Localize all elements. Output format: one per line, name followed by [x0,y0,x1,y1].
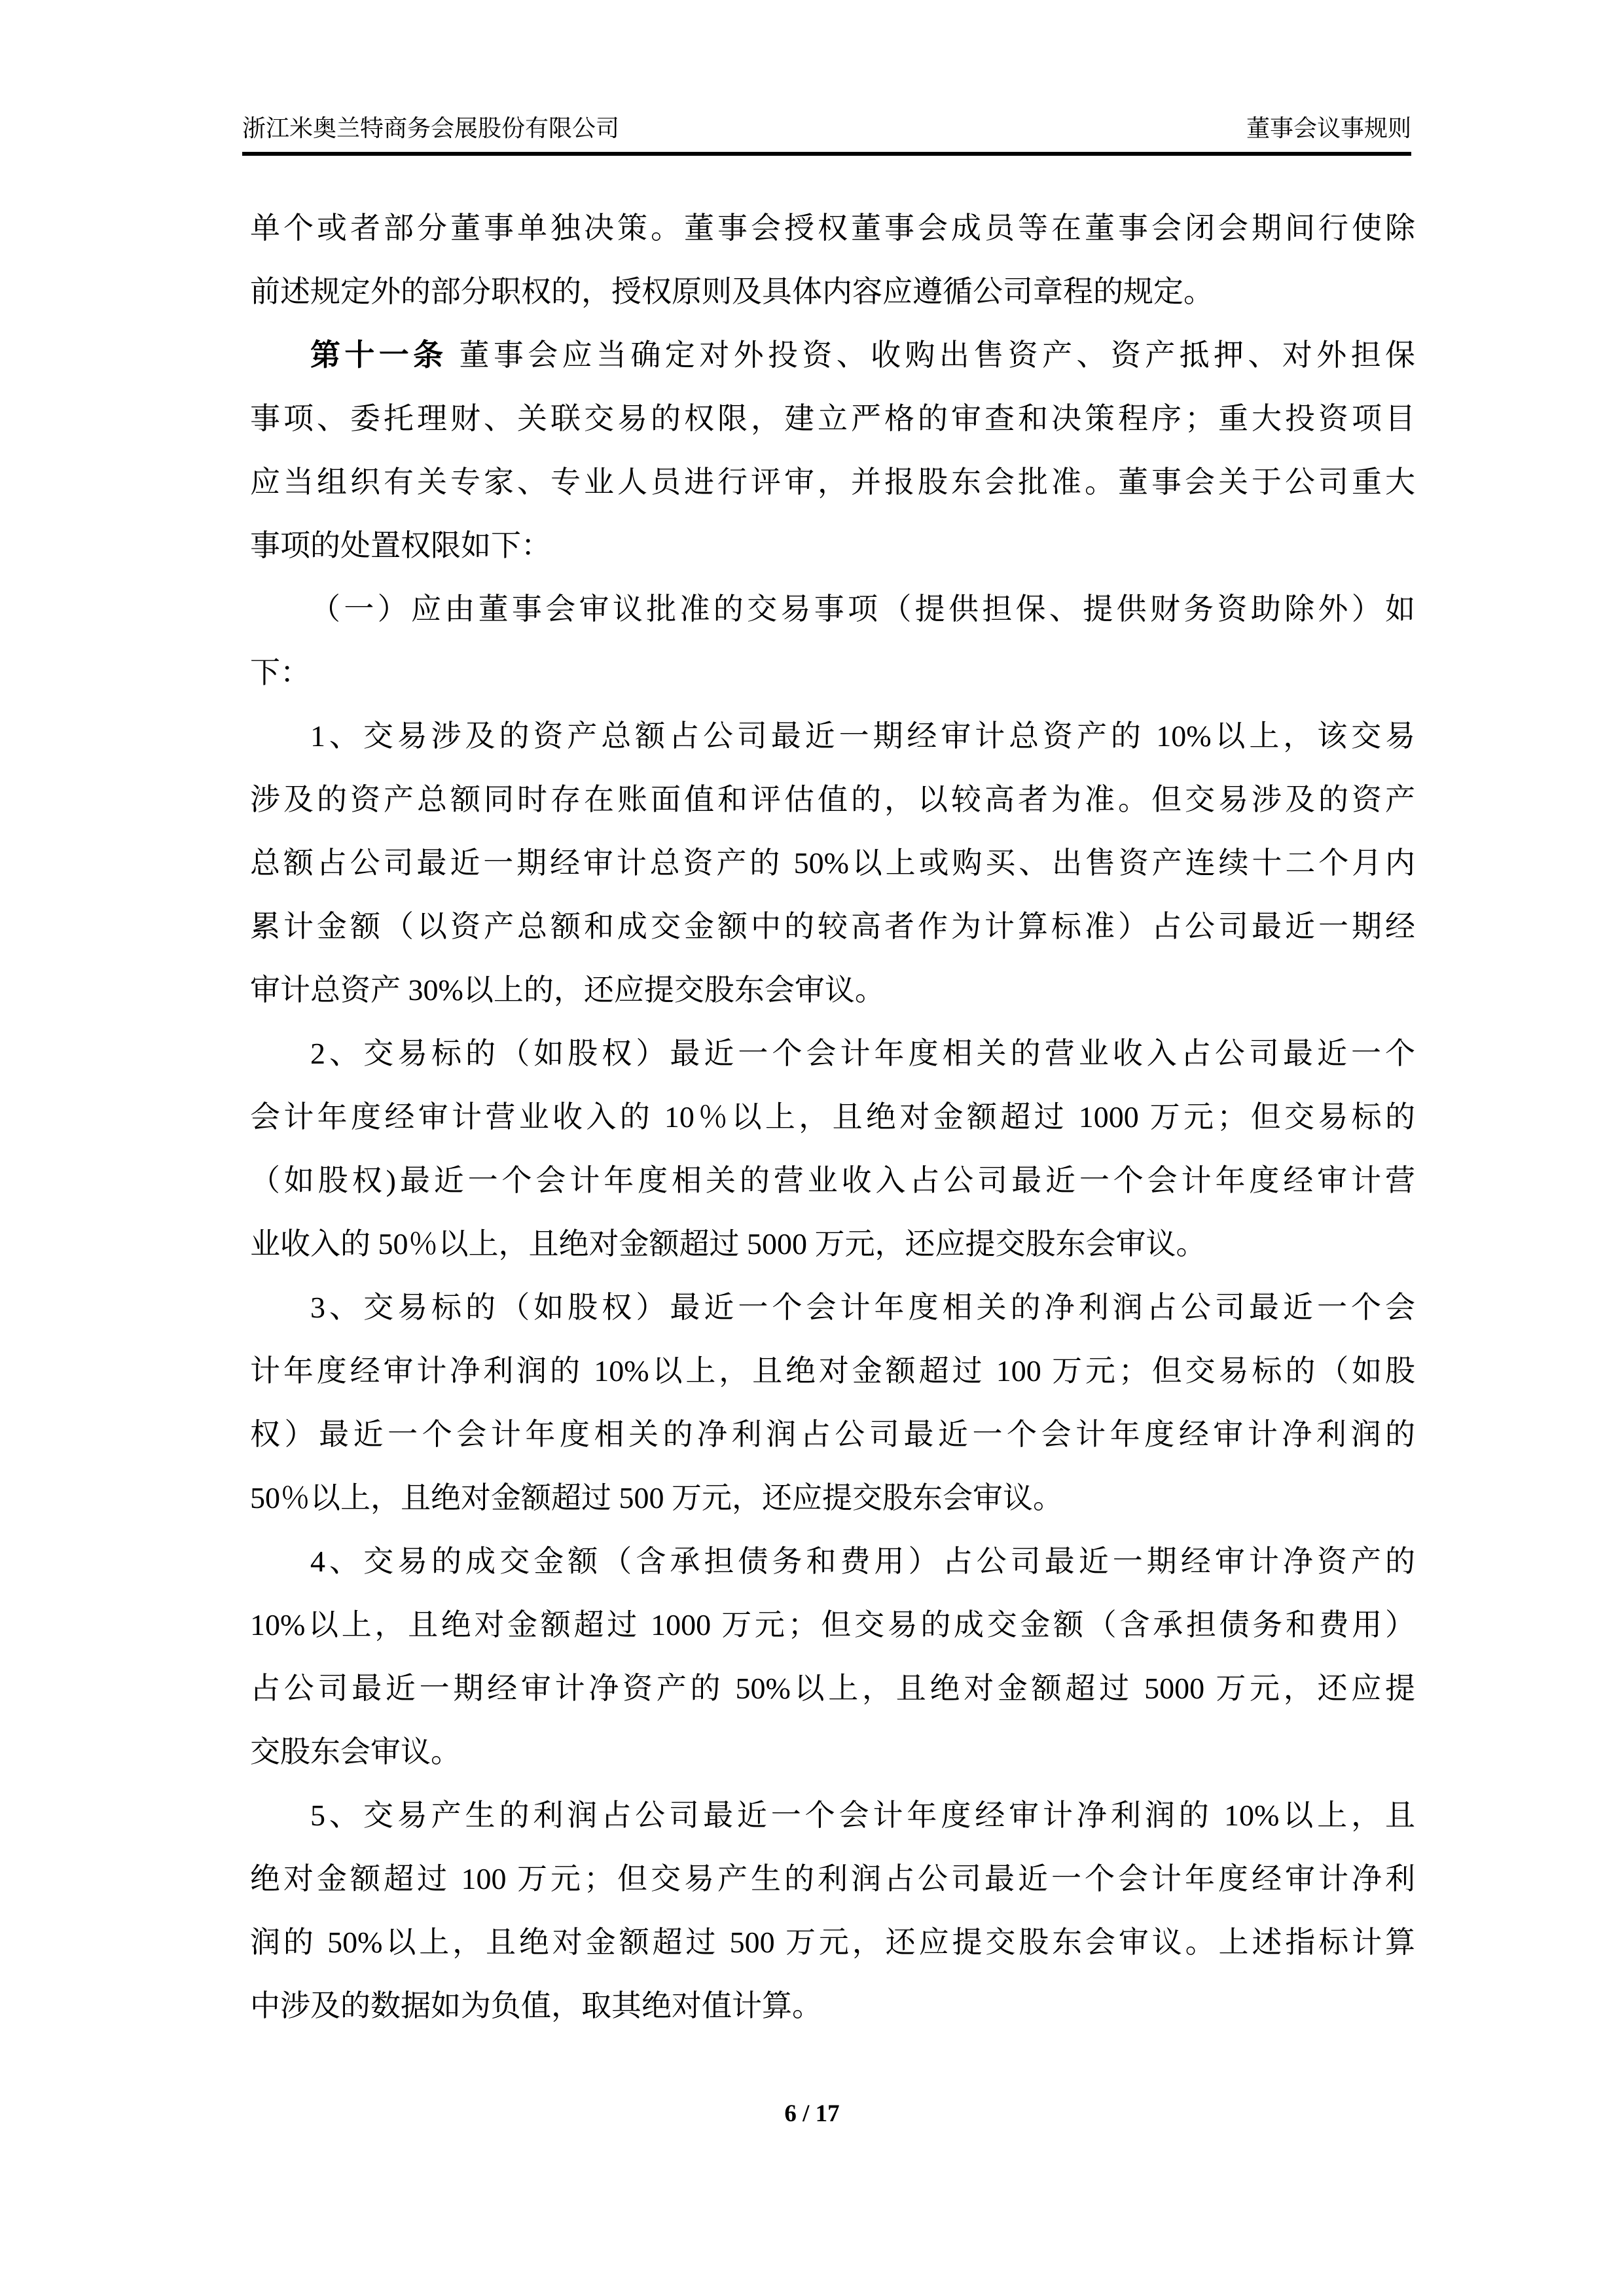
text-line: 2、交易标的（如股权）最近一个会计年度相关的营业收入占公司最近一个 [250,1022,1415,1085]
text-line: 单个或者部分董事单独决策。董事会授权董事会成员等在董事会闭会期间行使除 [250,196,1415,260]
document-body: 单个或者部分董事单独决策。董事会授权董事会成员等在董事会闭会期间行使除前述规定外… [250,196,1415,2037]
text-line: 业收入的 50％以上，且绝对金额超过 5000 万元，还应提交股东会审议。 [250,1212,1415,1276]
page: { "header": { "company": "浙江米奥兰特商务会展股份有限… [0,0,1624,2296]
text-line: 应当组织有关专家、专业人员进行评审，并报股东会批准。董事会关于公司重大 [250,450,1415,514]
text-line: 绝对金额超过 100 万元；但交易产生的利润占公司最近一个会计年度经审计净利 [250,1847,1415,1910]
text-line: 涉及的资产总额同时存在账面值和评估值的，以较高者为准。但交易涉及的资产 [250,768,1415,831]
text-line: 事项、委托理财、关联交易的权限，建立严格的审查和决策程序；重大投资项目 [250,387,1415,450]
text-line: 10%以上，且绝对金额超过 1000 万元；但交易的成交金额（含承担债务和费用） [250,1593,1415,1657]
text-line: （一）应由董事会审议批准的交易事项（提供担保、提供财务资助除外）如 [250,577,1415,641]
text-line: 累计金额（以资产总额和成交金额中的较高者作为计算标准）占公司最近一期经 [250,895,1415,958]
text-line: 4、交易的成交金额（含承担债务和费用）占公司最近一期经审计净资产的 [250,1530,1415,1593]
text-line: 交股东会审议。 [250,1720,1415,1784]
text-line: 1、交易涉及的资产总额占公司最近一期经审计总资产的 10%以上，该交易 [250,704,1415,768]
text-line: 3、交易标的（如股权）最近一个会计年度相关的净利润占公司最近一个会 [250,1276,1415,1339]
bold-term: 第十一条 [310,338,448,372]
text-line: 审计总资产 30%以上的，还应提交股东会审议。 [250,958,1415,1022]
text-line: 中涉及的数据如为负值，取其绝对值计算。 [250,1974,1415,2037]
text-line: 5、交易产生的利润占公司最近一个会计年度经审计净利润的 10%以上，且 [250,1784,1415,1847]
text-line: （如股权)最近一个会计年度相关的营业收入占公司最近一个会计年度经审计营 [250,1149,1415,1212]
text-line: 占公司最近一期经审计净资产的 50%以上，且绝对金额超过 5000 万元，还应提 [250,1657,1415,1720]
text-line: 计年度经审计净利润的 10%以上，且绝对金额超过 100 万元；但交易标的（如股 [250,1339,1415,1403]
text-line: 下： [250,641,1415,704]
text-line: 事项的处置权限如下： [250,514,1415,577]
text-line: 第十一条 董事会应当确定对外投资、收购出售资产、资产抵押、对外担保 [250,323,1415,387]
document-title: 董事会议事规则 [1246,115,1411,141]
text-line: 总额占公司最近一期经审计总资产的 50%以上或购买、出售资产连续十二个月内 [250,831,1415,895]
company-name: 浙江米奥兰特商务会展股份有限公司 [242,115,619,141]
text-line: 前述规定外的部分职权的，授权原则及具体内容应遵循公司章程的规定。 [250,260,1415,323]
text-line: 会计年度经审计营业收入的 10％以上，且绝对金额超过 1000 万元；但交易标的 [250,1085,1415,1149]
page-header: 浙江米奥兰特商务会展股份有限公司 董事会议事规则 [242,115,1411,156]
text-line: 润的 50%以上，且绝对金额超过 500 万元，还应提交股东会审议。上述指标计算 [250,1910,1415,1974]
page-number: 6 / 17 [0,2100,1624,2128]
text-line: 权）最近一个会计年度相关的净利润占公司最近一个会计年度经审计净利润的 [250,1403,1415,1466]
text-line: 50％以上，且绝对金额超过 500 万元，还应提交股东会审议。 [250,1466,1415,1530]
